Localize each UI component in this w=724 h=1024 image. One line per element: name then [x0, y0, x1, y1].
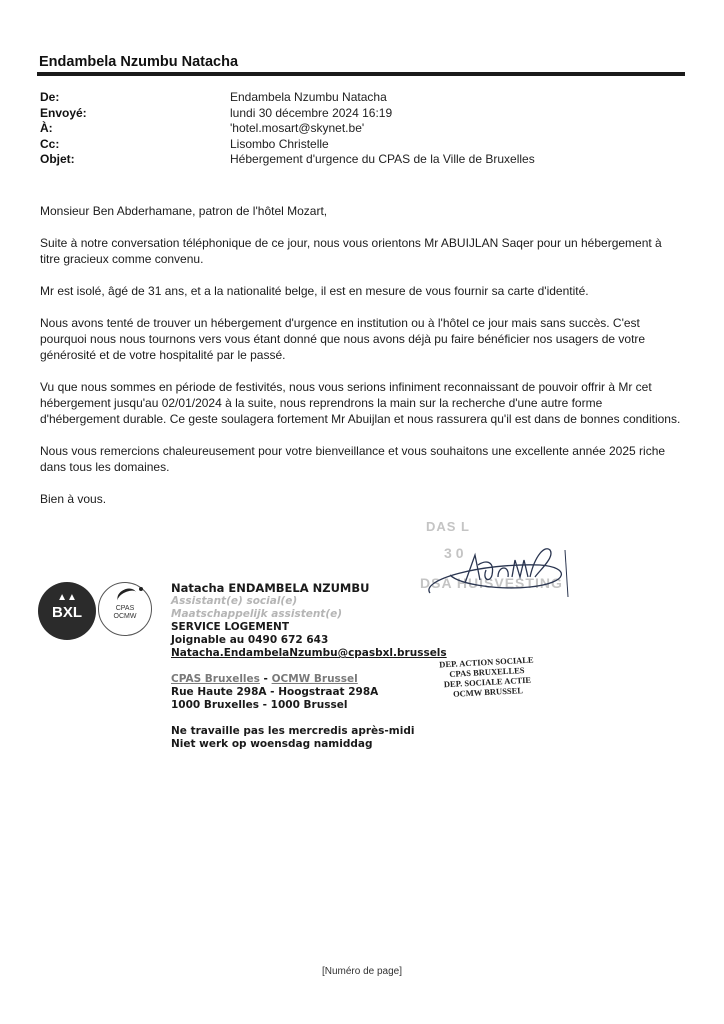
header-row-subject: Objet: Hébergement d'urgence du CPAS de … — [40, 152, 535, 168]
email-body: Monsieur Ben Abderhamane, patron de l'hô… — [40, 203, 685, 523]
signature-note-nl: Niet werk op woensdag namiddag — [171, 738, 447, 751]
bird-icon: ▲▲ — [38, 592, 96, 604]
email-sender-title: Endambela Nzumbu Natacha — [39, 54, 238, 70]
header-value: Endambela Nzumbu Natacha — [230, 90, 387, 106]
header-label: Objet: — [40, 152, 230, 168]
signature-address-city: 1000 Bruxelles - 1000 Brussel — [171, 699, 447, 712]
signature-phone: Joignable au 0490 672 643 — [171, 634, 447, 647]
header-label: De: — [40, 90, 230, 106]
email-header: De: Endambela Nzumbu Natacha Envoyé: lun… — [40, 90, 535, 168]
cpas-ocmw-logo: CPAS OCMW — [98, 582, 152, 636]
body-paragraph: Mr est isolé, âgé de 31 ans, et a la nat… — [40, 283, 685, 299]
header-value: Lisombo Christelle — [230, 137, 329, 153]
bxl-logo: ▲▲ BXL — [38, 582, 96, 640]
body-paragraph: Nous vous remercions chaleureusement pou… — [40, 443, 685, 475]
signature-name: Natacha ENDAMBELA NZUMBU — [171, 582, 447, 595]
title-divider — [37, 72, 685, 76]
signature-address-street: Rue Haute 298A - Hoogstraat 298A — [171, 686, 447, 699]
header-value: Hébergement d'urgence du CPAS de la Vill… — [230, 152, 535, 168]
department-stamp: DEP. ACTION SOCIALE CPAS BRUXELLES DEP. … — [439, 655, 535, 700]
body-paragraph: Vu que nous sommes en période de festivi… — [40, 379, 685, 427]
header-value: 'hotel.mosart@skynet.be' — [230, 121, 364, 137]
stamp-text: DAS L — [426, 519, 470, 534]
closing: Bien à vous. — [40, 491, 685, 507]
salutation: Monsieur Ben Abderhamane, patron de l'hô… — [40, 203, 685, 219]
dot-icon — [139, 587, 143, 591]
header-label: Envoyé: — [40, 106, 230, 122]
header-row-to: À: 'hotel.mosart@skynet.be' — [40, 121, 535, 137]
signature-note-fr: Ne travaille pas les mercredis après-mid… — [171, 725, 447, 738]
header-label: Cc: — [40, 137, 230, 153]
header-row-sent: Envoyé: lundi 30 décembre 2024 16:19 — [40, 106, 535, 122]
email-signature: Natacha ENDAMBELA NZUMBU Assistant(e) so… — [171, 582, 447, 751]
header-row-from: De: Endambela Nzumbu Natacha — [40, 90, 535, 106]
signature-role-fr: Assistant(e) social(e) — [171, 595, 447, 608]
ocmw-brussel-link[interactable]: OCMW Brussel — [272, 673, 358, 685]
body-paragraph: Nous avons tenté de trouver un hébergeme… — [40, 315, 685, 363]
logos: ▲▲ BXL CPAS OCMW — [38, 582, 156, 644]
page-number-footer: [Numéro de page] — [0, 966, 724, 977]
body-paragraph: Suite à notre conversation téléphonique … — [40, 235, 685, 267]
header-label: À: — [40, 121, 230, 137]
header-value: lundi 30 décembre 2024 16:19 — [230, 106, 392, 122]
signature-email-link[interactable]: Natacha.EndambelaNzumbu@cpasbxl.brussels — [171, 647, 447, 660]
cpas-bruxelles-link[interactable]: CPAS Bruxelles — [171, 673, 260, 685]
signature-service: SERVICE LOGEMENT — [171, 621, 447, 634]
signature-role-nl: Maatschappelijk assistent(e) — [171, 608, 447, 621]
header-row-cc: Cc: Lisombo Christelle — [40, 137, 535, 153]
